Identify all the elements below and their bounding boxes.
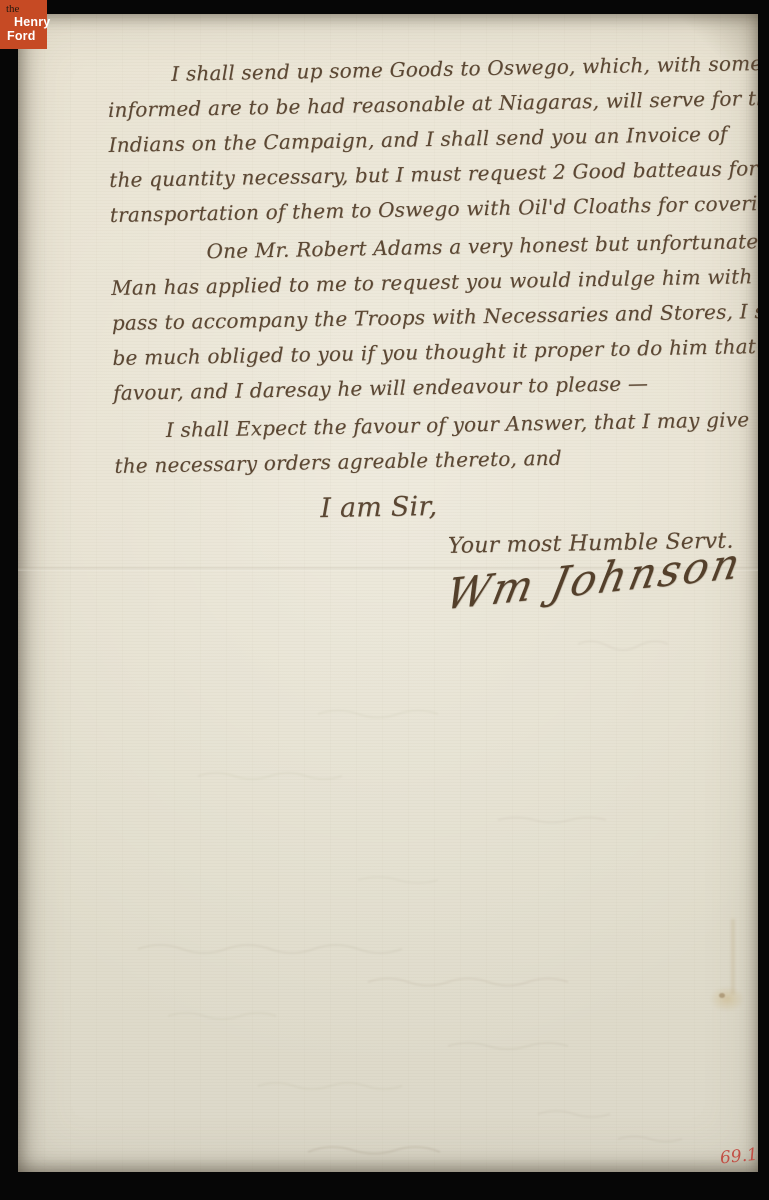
- letter-paper: I shall send up some Goods to Oswego, wh…: [18, 14, 758, 1172]
- logo-text-ford: Ford: [7, 29, 36, 43]
- logo-text-the: the: [6, 3, 19, 15]
- paper-stain-streak: [731, 919, 735, 994]
- paper-stain-dot: [719, 993, 725, 998]
- closing-salutation: I am Sir,: [320, 482, 756, 528]
- logo-text-henry: Henry: [14, 15, 50, 29]
- paper-stain: [704, 982, 750, 1016]
- accession-number: 69.14: [719, 1144, 758, 1169]
- letter-body: I shall send up some Goods to Oswego, wh…: [107, 46, 757, 632]
- henry-ford-logo: the Henry Ford: [0, 0, 47, 49]
- photo-frame: I shall send up some Goods to Oswego, wh…: [0, 0, 769, 1200]
